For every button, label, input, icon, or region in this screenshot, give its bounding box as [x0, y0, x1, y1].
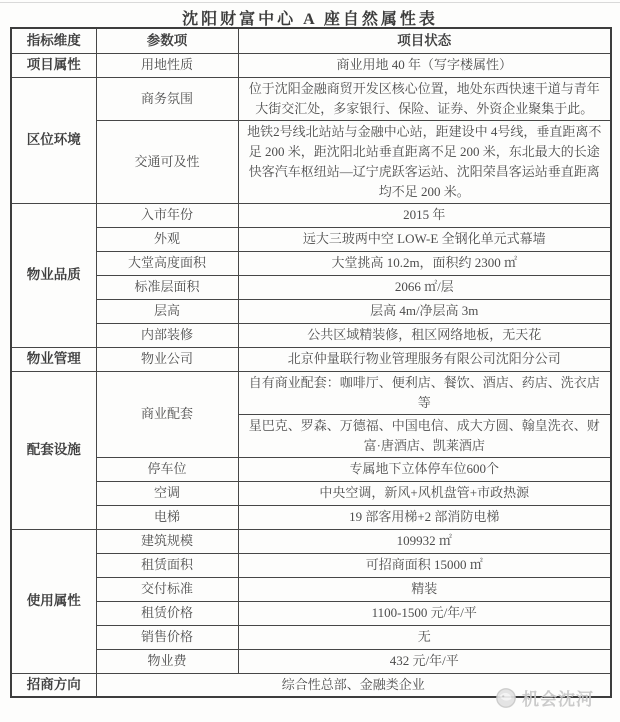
cell-dimension: 物业品质 — [11, 203, 96, 347]
cell-dimension: 招商方向 — [11, 673, 96, 697]
cell-value: 精装 — [238, 577, 611, 601]
cell-value: 可招商面积 15000 ㎡ — [238, 553, 611, 577]
cell-param: 租赁价格 — [96, 601, 238, 625]
table-row: 物业管理 物业公司 北京仲量联行物业管理服务有限公司沈阳分公司 — [11, 347, 611, 371]
cell-param: 标准层面积 — [96, 275, 238, 299]
table-row: 项目属性 用地性质 商业用地 40 年（写字楼属性） — [11, 53, 611, 77]
attributes-table: 指标维度 参数项 项目状态 项目属性 用地性质 商业用地 40 年（写字楼属性）… — [10, 27, 612, 698]
cell-value: 109932 ㎡ — [238, 529, 611, 553]
cell-param: 物业费 — [96, 649, 238, 673]
table-row: 物业品质 入市年份 2015 年 — [11, 203, 611, 227]
table-row: 使用属性 建筑规模 109932 ㎡ — [11, 529, 611, 553]
cell-param: 大堂高度面积 — [96, 251, 238, 275]
cell-dimension: 区位环境 — [11, 77, 96, 203]
table-row: 租赁价格 1100-1500 元/年/平 — [11, 601, 611, 625]
table-row: 大堂高度面积 大堂挑高 10.2m，面积约 2300 ㎡ — [11, 251, 611, 275]
cell-param: 内部装修 — [96, 323, 238, 347]
header-row: 指标维度 参数项 项目状态 — [11, 28, 611, 53]
cell-value: 层高 4m/净层高 3m — [238, 299, 611, 323]
cell-value: 位于沈阳金融商贸开发区核心位置，地处东西快速干道与青年大街交汇处，多家银行、保险… — [238, 77, 611, 120]
cell-param: 用地性质 — [96, 53, 238, 77]
cell-param: 交通可及性 — [96, 120, 238, 203]
cell-value: 1100-1500 元/年/平 — [238, 601, 611, 625]
table-row: 外观 远大三玻两中空 LOW-E 全钢化单元式幕墙 — [11, 227, 611, 251]
cell-value: 公共区域精装修，租区网络地板，无天花 — [238, 323, 611, 347]
cell-dimension: 配套设施 — [11, 371, 96, 529]
table-row: 空调 中央空调，新风+风机盘管+市政热源 — [11, 481, 611, 505]
cell-value: 中央空调，新风+风机盘管+市政热源 — [238, 481, 611, 505]
cell-param: 销售价格 — [96, 625, 238, 649]
table-row: 交付标准 精装 — [11, 577, 611, 601]
cell-param: 停车位 — [96, 457, 238, 481]
cell-value: 大堂挑高 10.2m，面积约 2300 ㎡ — [238, 251, 611, 275]
header-dimension: 指标维度 — [11, 28, 96, 53]
page-title: 沈阳财富中心 A 座自然属性表 — [0, 6, 620, 29]
table-row: 内部装修 公共区域精装修，租区网络地板，无天花 — [11, 323, 611, 347]
cell-param: 商务氛围 — [96, 77, 238, 120]
cell-dimension: 物业管理 — [11, 347, 96, 371]
table-row: 电梯 19 部客用梯+2 部消防电梯 — [11, 505, 611, 529]
cell-param: 入市年份 — [96, 203, 238, 227]
table-row: 标准层面积 2066 ㎡/层 — [11, 275, 611, 299]
table-row: 招商方向 综合性总部、金融类企业 — [11, 673, 611, 697]
cell-param: 商业配套 — [96, 371, 238, 457]
table-row: 停车位 专属地下立体停车位600个 — [11, 457, 611, 481]
table-row: 租赁面积 可招商面积 15000 ㎡ — [11, 553, 611, 577]
cell-value: 商业用地 40 年（写字楼属性） — [238, 53, 611, 77]
cell-dimension: 使用属性 — [11, 529, 96, 673]
table-row: 物业费 432 元/年/平 — [11, 649, 611, 673]
cell-dimension: 项目属性 — [11, 53, 96, 77]
table-row: 配套设施 商业配套 自有商业配套：咖啡厅、便利店、餐饮、酒店、药店、洗衣店等 — [11, 371, 611, 414]
cell-value: 432 元/年/平 — [238, 649, 611, 673]
table-row: 层高 层高 4m/净层高 3m — [11, 299, 611, 323]
cell-param: 层高 — [96, 299, 238, 323]
cell-value: 专属地下立体停车位600个 — [238, 457, 611, 481]
table-row: 交通可及性 地铁2号线北站站与金融中心站，距建设中 4号线，垂直距离不足 200… — [11, 120, 611, 203]
cell-param: 空调 — [96, 481, 238, 505]
table-row: 区位环境 商务氛围 位于沈阳金融商贸开发区核心位置，地处东西快速干道与青年大街交… — [11, 77, 611, 120]
cell-value: 19 部客用梯+2 部消防电梯 — [238, 505, 611, 529]
cell-value-merged: 综合性总部、金融类企业 — [96, 673, 611, 697]
cell-value: 2015 年 — [238, 203, 611, 227]
header-param: 参数项 — [96, 28, 238, 53]
cell-value: 地铁2号线北站站与金融中心站，距建设中 4号线，垂直距离不足 200 米，距沈阳… — [238, 120, 611, 203]
cell-value: 2066 ㎡/层 — [238, 275, 611, 299]
cell-value: 远大三玻两中空 LOW-E 全钢化单元式幕墙 — [238, 227, 611, 251]
cell-param: 电梯 — [96, 505, 238, 529]
table-row: 销售价格 无 — [11, 625, 611, 649]
cell-value: 星巴克、罗森、万德福、中国电信、成大方圆、翰皇洗衣、财富·唐酒店、凯莱酒店 — [238, 414, 611, 457]
cell-param: 物业公司 — [96, 347, 238, 371]
cell-value: 自有商业配套：咖啡厅、便利店、餐饮、酒店、药店、洗衣店等 — [238, 371, 611, 414]
cell-param: 租赁面积 — [96, 553, 238, 577]
cell-param: 建筑规模 — [96, 529, 238, 553]
cell-value: 无 — [238, 625, 611, 649]
header-status: 项目状态 — [238, 28, 611, 53]
cell-param: 交付标准 — [96, 577, 238, 601]
cell-value: 北京仲量联行物业管理服务有限公司沈阳分公司 — [238, 347, 611, 371]
page-top-divider — [0, 2, 620, 3]
cell-param: 外观 — [96, 227, 238, 251]
